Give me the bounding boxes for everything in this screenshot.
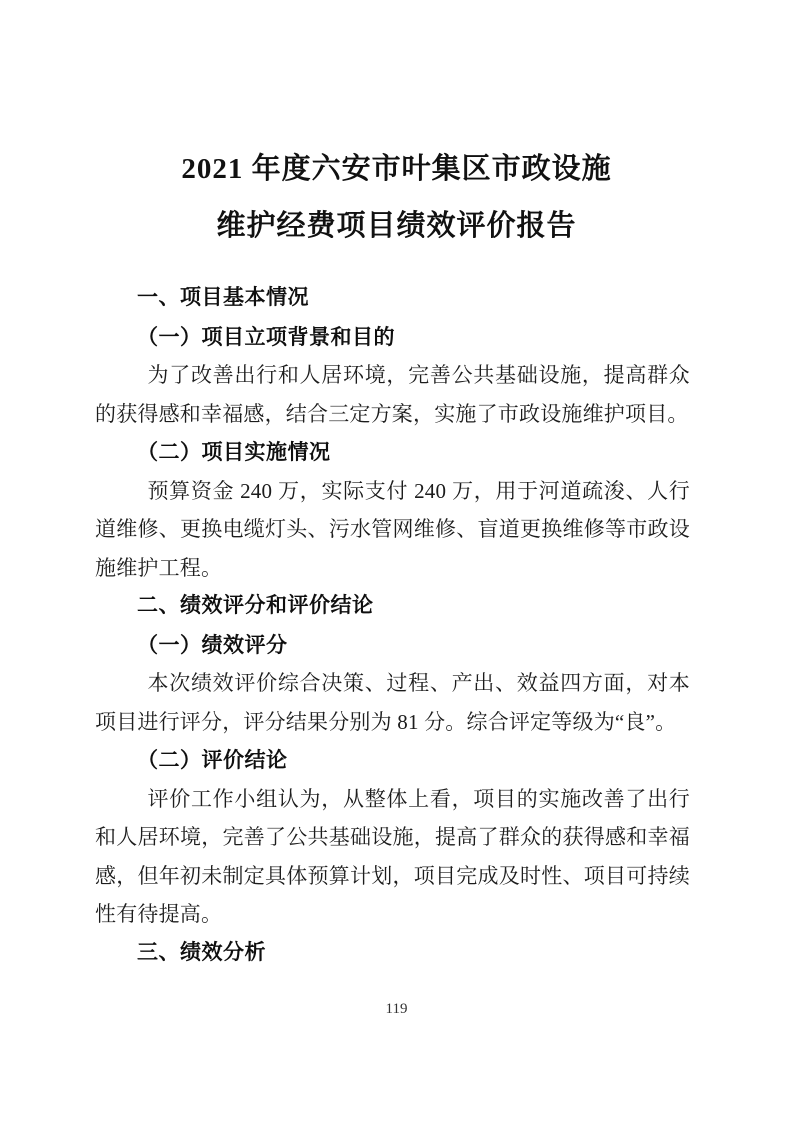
report-title-line-1: 2021 年度六安市叶集区市政设施 (60, 141, 733, 198)
paragraph-evaluation-conclusion: 评价工作小组认为，从整体上看，项目的实施改善了出行和人居环境，完善了公共基础设施… (95, 780, 690, 934)
paragraph-performance-score: 本次绩效评价综合决策、过程、产出、效益四方面，对本项目进行评分，评分结果分别为 … (95, 664, 690, 741)
sub-heading-project-implementation: （二）项目实施情况 (95, 433, 690, 472)
report-title-line-2: 维护经费项目绩效评价报告 (60, 198, 733, 255)
report-title: 2021 年度六安市叶集区市政设施 维护经费项目绩效评价报告 (60, 141, 733, 255)
paragraph-project-implementation: 预算资金 240 万，实际支付 240 万，用于河道疏浚、人行道维修、更换电缆灯… (95, 472, 690, 588)
document-body: 一、项目基本情况 （一）项目立项背景和目的 为了改善出行和人居环境，完善公共基础… (95, 279, 690, 972)
section-heading-performance-analysis: 三、绩效分析 (95, 934, 690, 973)
document-page: 2021 年度六安市叶集区市政设施 维护经费项目绩效评价报告 一、项目基本情况 … (0, 0, 793, 1122)
section-heading-score-and-conclusion: 二、绩效评分和评价结论 (95, 587, 690, 626)
page-number: 119 (0, 998, 793, 1020)
paragraph-project-background: 为了改善出行和人居环境，完善公共基础设施，提高群众的获得感和幸福感，结合三定方案… (95, 356, 690, 433)
sub-heading-performance-score: （一）绩效评分 (95, 626, 690, 665)
section-heading-project-overview: 一、项目基本情况 (95, 279, 690, 318)
sub-heading-project-background: （一）项目立项背景和目的 (95, 318, 690, 357)
sub-heading-evaluation-conclusion: （二）评价结论 (95, 741, 690, 780)
